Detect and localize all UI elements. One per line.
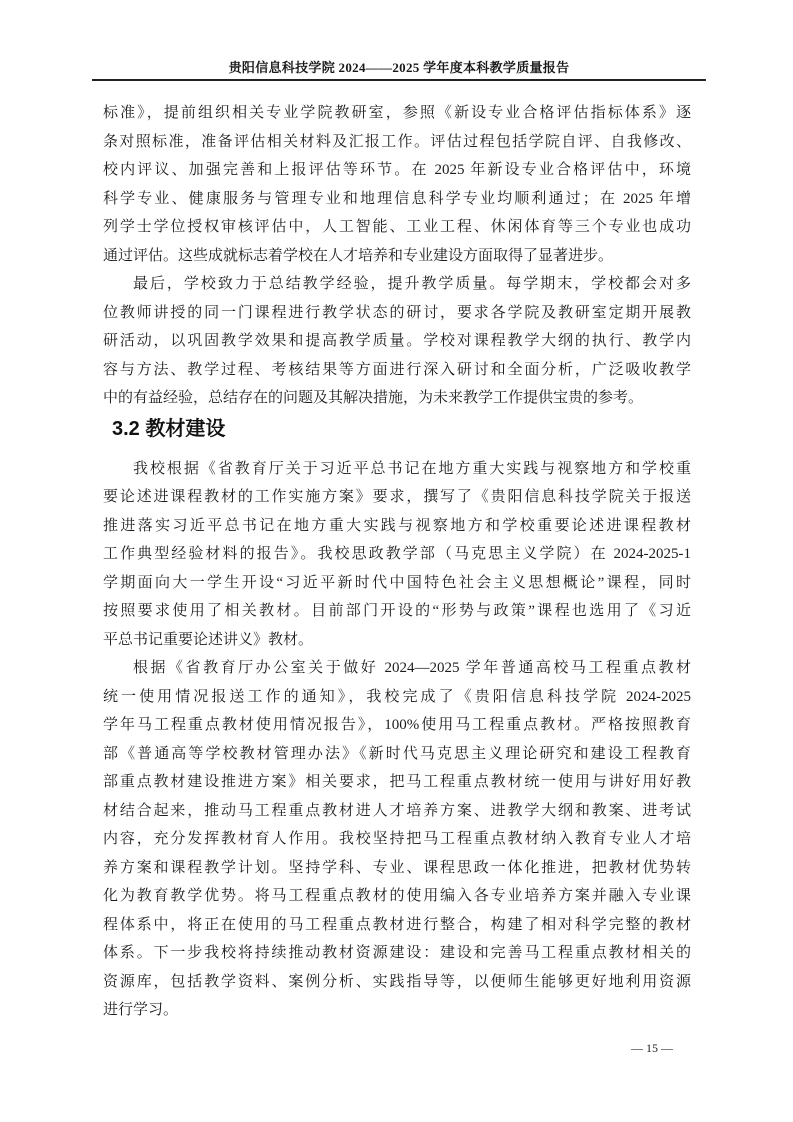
text-line: 材结合起来，推动马工程重点教材进人才培养方案、进教学大纲和教案、进考试 <box>103 797 691 826</box>
text-line: 程体系中，将正在使用的马工程重点教材进行整合，构建了相对科学完整的教材 <box>103 911 691 940</box>
text-line: 部《普通高等学校教材管理办法》《新时代马克思主义理论研究和建设工程教育 <box>103 740 691 769</box>
text-line: 统一使用情况报送工作的通知》，我校完成了《贵阳信息科技学院 2024-2025 <box>103 683 691 712</box>
text-line: 中的有益经验，总结存在的问题及其解决措施，为未来教学工作提供宝贵的参考。 <box>103 384 691 413</box>
text-line: 校内评议、加强完善和上报评估等环节。在 2025 年新设专业合格评估中，环境 <box>103 156 691 185</box>
paragraph-continuation: 标准》，提前组织相关专业学院教研室，参照《新设专业合格评估指标体系》逐 条对照标… <box>103 99 691 270</box>
document-page: 贵阳信息科技学院 2024——2025 学年度本科教学质量报告 标准》，提前组织… <box>0 0 793 1122</box>
page-number: — 15 — <box>592 1041 712 1056</box>
text-line: 进行学习。 <box>103 996 691 1025</box>
paragraph-ma-project-textbooks: 根据《省教育厅办公室关于做好 2024—2025 学年普通高校马工程重点教材 统… <box>103 654 691 1025</box>
text-line: 养方案和课程教学计划。坚持学科、专业、课程思政一体化推进，把教材优势转 <box>103 854 691 883</box>
text-line: 学年马工程重点教材使用情况报告》，100%使用马工程重点教材。严格按照教育 <box>103 711 691 740</box>
section-heading-3-2: 3.2 教材建设 <box>112 416 691 442</box>
document-body: 标准》，提前组织相关专业学院教研室，参照《新设专业合格评估指标体系》逐 条对照标… <box>103 99 691 1025</box>
text-line: 最后，学校致力于总结教学经验，提升教学质量。每学期末，学校都会对多 <box>103 270 691 299</box>
paragraph-teaching-summary: 最后，学校致力于总结教学经验，提升教学质量。每学期末，学校都会对多 位教师讲授的… <box>103 270 691 413</box>
text-line: 研活动，以巩固教学效果和提高教学质量。学校对课程教学大纲的执行、教学内 <box>103 327 691 356</box>
page-header-title: 贵阳信息科技学院 2024——2025 学年度本科教学质量报告 <box>92 57 706 76</box>
text-line: 内容，充分发挥教材育人作用。我校坚持把马工程重点教材纳入教育专业人才培 <box>103 825 691 854</box>
text-line: 容与方法、教学过程、考核结果等方面进行深入研讨和全面分析，广泛吸收教学 <box>103 356 691 385</box>
text-line: 位教师讲授的同一门课程进行教学状态的研讨，要求各学院及教研室定期开展教 <box>103 299 691 328</box>
text-line: 列学士学位授权审核评估中，人工智能、工业工程、休闲体育等三个专业也成功 <box>103 213 691 242</box>
text-line: 资源库，包括教学资料、案例分析、实践指导等，以便师生能够更好地利用资源 <box>103 968 691 997</box>
text-line: 标准》，提前组织相关专业学院教研室，参照《新设专业合格评估指标体系》逐 <box>103 99 691 128</box>
text-line: 通过评估。这些成就标志着学校在人才培养和专业建设方面取得了显著进步。 <box>103 242 691 271</box>
text-line: 体系。下一步我校将持续推动教材资源建设：建设和完善马工程重点教材相关的 <box>103 939 691 968</box>
text-line: 根据《省教育厅办公室关于做好 2024—2025 学年普通高校马工程重点教材 <box>103 654 691 683</box>
text-line: 科学专业、健康服务与管理专业和地理信息科学专业均顺利通过；在 2025 年增 <box>103 185 691 214</box>
text-line: 按照要求使用了相关教材。目前部门开设的“形势与政策”课程也选用了《习近 <box>103 597 691 626</box>
text-line: 学期面向大一学生开设“习近平新时代中国特色社会主义思想概论”课程，同时 <box>103 569 691 598</box>
text-line: 条对照标准，准备评估相关材料及汇报工作。评估过程包括学院自评、自我修改、 <box>103 128 691 157</box>
text-line: 化为教育教学优势。将马工程重点教材的使用编入各专业培养方案并融入专业课 <box>103 882 691 911</box>
text-line: 要论述进课程教材的工作实施方案》要求，撰写了《贵阳信息科技学院关于报送 <box>103 483 691 512</box>
text-line: 平总书记重要论述讲义》教材。 <box>103 626 691 655</box>
text-line: 工作典型经验材料的报告》。我校思政教学部（马克思主义学院）在 2024-2025… <box>103 540 691 569</box>
text-line: 我校根据《省教育厅关于习近平总书记在地方重大实践与视察地方和学校重 <box>103 455 691 484</box>
text-line: 推进落实习近平总书记在地方重大实践与视察地方和学校重要论述进课程教材 <box>103 512 691 541</box>
text-line: 部重点教材建设推进方案》相关要求，把马工程重点教材统一使用与讲好用好教 <box>103 768 691 797</box>
paragraph-textbook-plan: 我校根据《省教育厅关于习近平总书记在地方重大实践与视察地方和学校重 要论述进课程… <box>103 455 691 655</box>
header-divider-line <box>92 79 706 81</box>
